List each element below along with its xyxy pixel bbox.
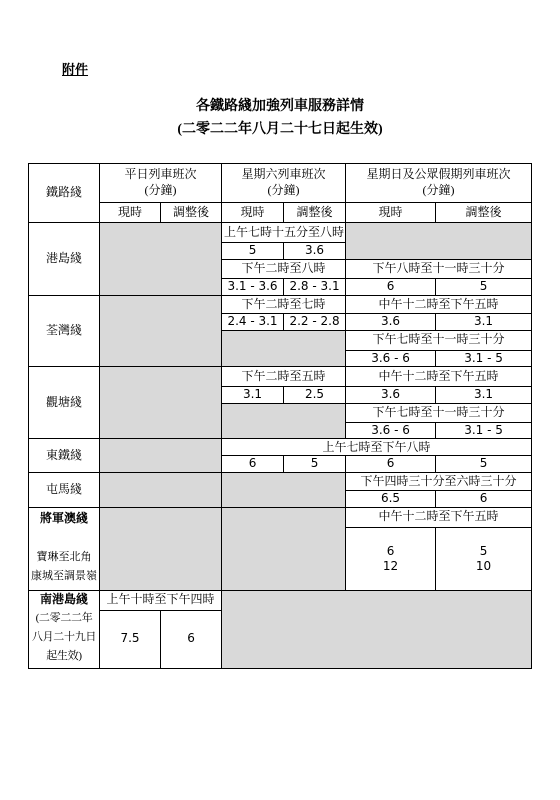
weekday-current-header: 現時: [100, 203, 161, 223]
east-rail-weekday-shaded-cell: [100, 439, 222, 473]
island-line-name: 港島綫: [29, 223, 100, 296]
title-block: 各鐵路綫加強列車服務詳情 (二零二二年八月二十七日起生效): [0, 95, 560, 141]
sunday-holiday-group-unit: (分鐘): [348, 183, 529, 199]
tseung-kwan-o-branch-2: 康城至調景嶺: [31, 567, 97, 586]
south-island-effective-note: (二零二二年八月二十九日起生效): [31, 609, 97, 666]
island-sat-afternoon-adjusted: 2.8 - 3.1: [284, 279, 346, 296]
weekday-group-header: 平日列車班次 (分鐘): [100, 164, 222, 203]
island-weekday-shaded-cell: [100, 223, 222, 296]
kwun-tong-sun-noon-adjusted: 3.1: [436, 387, 532, 404]
document-page: 附件 各鐵路綫加強列車服務詳情 (二零二二年八月二十七日起生效) 鐵路綫 平日列…: [0, 0, 560, 800]
east-rail-sun-current: 6: [346, 456, 436, 473]
tuen-ma-sun-current: 6.5: [346, 490, 436, 507]
saturday-group-label: 星期六列車班次: [224, 167, 343, 183]
kwun-tong-sat-shaded-cell: [222, 403, 346, 439]
tseung-kwan-o-sun-current-branch-1: 6: [348, 544, 433, 559]
tuen-ma-weekday-shaded-cell: [100, 472, 222, 507]
tseung-kwan-o-sun-adjusted-cell: 5 10: [436, 527, 532, 590]
island-sat-afternoon-period: 下午二時至八時: [222, 260, 346, 279]
tseung-kwan-o-sun-adjusted-branch-2: 10: [438, 559, 529, 574]
saturday-current-header: 現時: [222, 203, 284, 223]
sunday-holiday-group-label: 星期日及公眾假期列車班次: [348, 167, 529, 183]
tseung-kwan-o-line-name-cell: 將軍澳綫 寶琳至北角 康城至調景嶺: [29, 507, 100, 590]
tuen-ma-line-row: 屯馬綫 下午四時三十分至六時三十分: [29, 472, 532, 490]
tsuen-wan-sun-evening-adjusted: 3.1 - 5: [436, 350, 532, 367]
tsuen-wan-line-name: 荃灣綫: [29, 296, 100, 367]
island-sun-evening-current: 6: [346, 279, 436, 296]
tseung-kwan-o-weekday-shaded-cell: [100, 507, 222, 590]
south-island-weekday-period: 上午十時至下午四時: [100, 590, 222, 610]
tseung-kwan-o-sun-current-cell: 6 12: [346, 527, 436, 590]
tsuen-wan-sun-evening-period: 下午七時至十一時三十分: [346, 330, 532, 350]
tseung-kwan-o-sun-current-branch-2: 12: [348, 559, 433, 574]
south-island-line-name-cell: 南港島綫 (二零二二年八月二十九日起生效): [29, 590, 100, 668]
kwun-tong-line-row: 觀塘綫 下午二時至五時 中午十二時至下午五時: [29, 367, 532, 387]
kwun-tong-weekday-shaded-cell: [100, 367, 222, 439]
kwun-tong-sat-adjusted: 2.5: [284, 387, 346, 404]
tsuen-wan-weekday-shaded-cell: [100, 296, 222, 367]
saturday-group-unit: (分鐘): [224, 183, 343, 199]
south-island-weekday-adjusted: 6: [161, 610, 222, 668]
weekday-group-unit: (分鐘): [102, 183, 219, 199]
east-rail-sun-adjusted: 5: [436, 456, 532, 473]
island-sun-shaded-cell: [346, 223, 532, 260]
train-service-table: 鐵路綫 平日列車班次 (分鐘) 星期六列車班次 (分鐘) 星期日及公眾假期列車班…: [28, 163, 532, 669]
tseung-kwan-o-sun-adjusted-branch-1: 5: [438, 544, 529, 559]
tseung-kwan-o-line-row: 將軍澳綫 寶琳至北角 康城至調景嶺 中午十二時至下午五時: [29, 507, 532, 527]
sunday-adjusted-header: 調整後: [436, 203, 532, 223]
island-sat-morning-current: 5: [222, 243, 284, 260]
sunday-current-header: 現時: [346, 203, 436, 223]
south-island-line-row: 南港島綫 (二零二二年八月二十九日起生效) 上午十時至下午四時: [29, 590, 532, 610]
kwun-tong-line-name: 觀塘綫: [29, 367, 100, 439]
kwun-tong-sun-evening-period: 下午七時至十一時三十分: [346, 403, 532, 422]
weekday-group-label: 平日列車班次: [102, 167, 219, 183]
east-rail-sat-adjusted: 5: [284, 456, 346, 473]
header-group-row: 鐵路綫 平日列車班次 (分鐘) 星期六列車班次 (分鐘) 星期日及公眾假期列車班…: [29, 164, 532, 203]
railway-line-header: 鐵路綫: [29, 164, 100, 223]
south-island-line-name: 南港島綫: [31, 592, 97, 608]
east-rail-line-name: 東鐵綫: [29, 439, 100, 473]
island-line-row: 港島綫 上午七時十五分至八時: [29, 223, 532, 243]
tsuen-wan-sat-adjusted: 2.2 - 2.8: [284, 314, 346, 331]
tsuen-wan-line-row: 荃灣綫 下午二時至七時 中午十二時至下午五時: [29, 296, 532, 314]
island-sat-morning-adjusted: 3.6: [284, 243, 346, 260]
tseung-kwan-o-sun-period: 中午十二時至下午五時: [346, 507, 532, 527]
tuen-ma-sun-adjusted: 6: [436, 490, 532, 507]
kwun-tong-sun-evening-current: 3.6 - 6: [346, 422, 436, 439]
tsuen-wan-sun-noon-adjusted: 3.1: [436, 314, 532, 331]
tuen-ma-sun-period: 下午四時三十分至六時三十分: [346, 472, 532, 490]
east-rail-sat-current: 6: [222, 456, 284, 473]
tsuen-wan-sun-noon-current: 3.6: [346, 314, 436, 331]
kwun-tong-sun-noon-period: 中午十二時至下午五時: [346, 367, 532, 387]
tsuen-wan-sat-shaded-cell: [222, 330, 346, 367]
page-subtitle: (二零二二年八月二十七日起生效): [0, 118, 560, 141]
south-island-weekend-shaded-cell: [222, 590, 532, 668]
kwun-tong-sat-current: 3.1: [222, 387, 284, 404]
east-rail-weekend-period: 上午七時至下午八時: [222, 439, 532, 456]
tuen-ma-sat-shaded-cell: [222, 472, 346, 507]
tsuen-wan-sun-noon-period: 中午十二時至下午五時: [346, 296, 532, 314]
saturday-group-header: 星期六列車班次 (分鐘): [222, 164, 346, 203]
tuen-ma-line-name: 屯馬綫: [29, 472, 100, 507]
kwun-tong-sat-period: 下午二時至五時: [222, 367, 346, 387]
east-rail-line-row: 東鐵綫 上午七時至下午八時: [29, 439, 532, 456]
page-title: 各鐵路綫加強列車服務詳情: [0, 95, 560, 118]
kwun-tong-sun-noon-current: 3.6: [346, 387, 436, 404]
tsuen-wan-sun-evening-current: 3.6 - 6: [346, 350, 436, 367]
tsuen-wan-sat-current: 2.4 - 3.1: [222, 314, 284, 331]
island-sat-morning-period: 上午七時十五分至八時: [222, 223, 346, 243]
tseung-kwan-o-branch-1: 寶琳至北角: [31, 548, 97, 567]
island-sun-evening-adjusted: 5: [436, 279, 532, 296]
island-sat-afternoon-current: 3.1 - 3.6: [222, 279, 284, 296]
kwun-tong-sun-evening-adjusted: 3.1 - 5: [436, 422, 532, 439]
tseung-kwan-o-line-name: 將軍澳綫: [31, 511, 97, 527]
header-sub-row: 現時 調整後 現時 調整後 現時 調整後: [29, 203, 532, 223]
saturday-adjusted-header: 調整後: [284, 203, 346, 223]
tseung-kwan-o-sat-shaded-cell: [222, 507, 346, 590]
sunday-holiday-group-header: 星期日及公眾假期列車班次 (分鐘): [346, 164, 532, 203]
weekday-adjusted-header: 調整後: [161, 203, 222, 223]
south-island-weekday-current: 7.5: [100, 610, 161, 668]
island-sun-evening-period: 下午八時至十一時三十分: [346, 260, 532, 279]
attachment-label: 附件: [62, 59, 88, 78]
tsuen-wan-sat-period: 下午二時至七時: [222, 296, 346, 314]
